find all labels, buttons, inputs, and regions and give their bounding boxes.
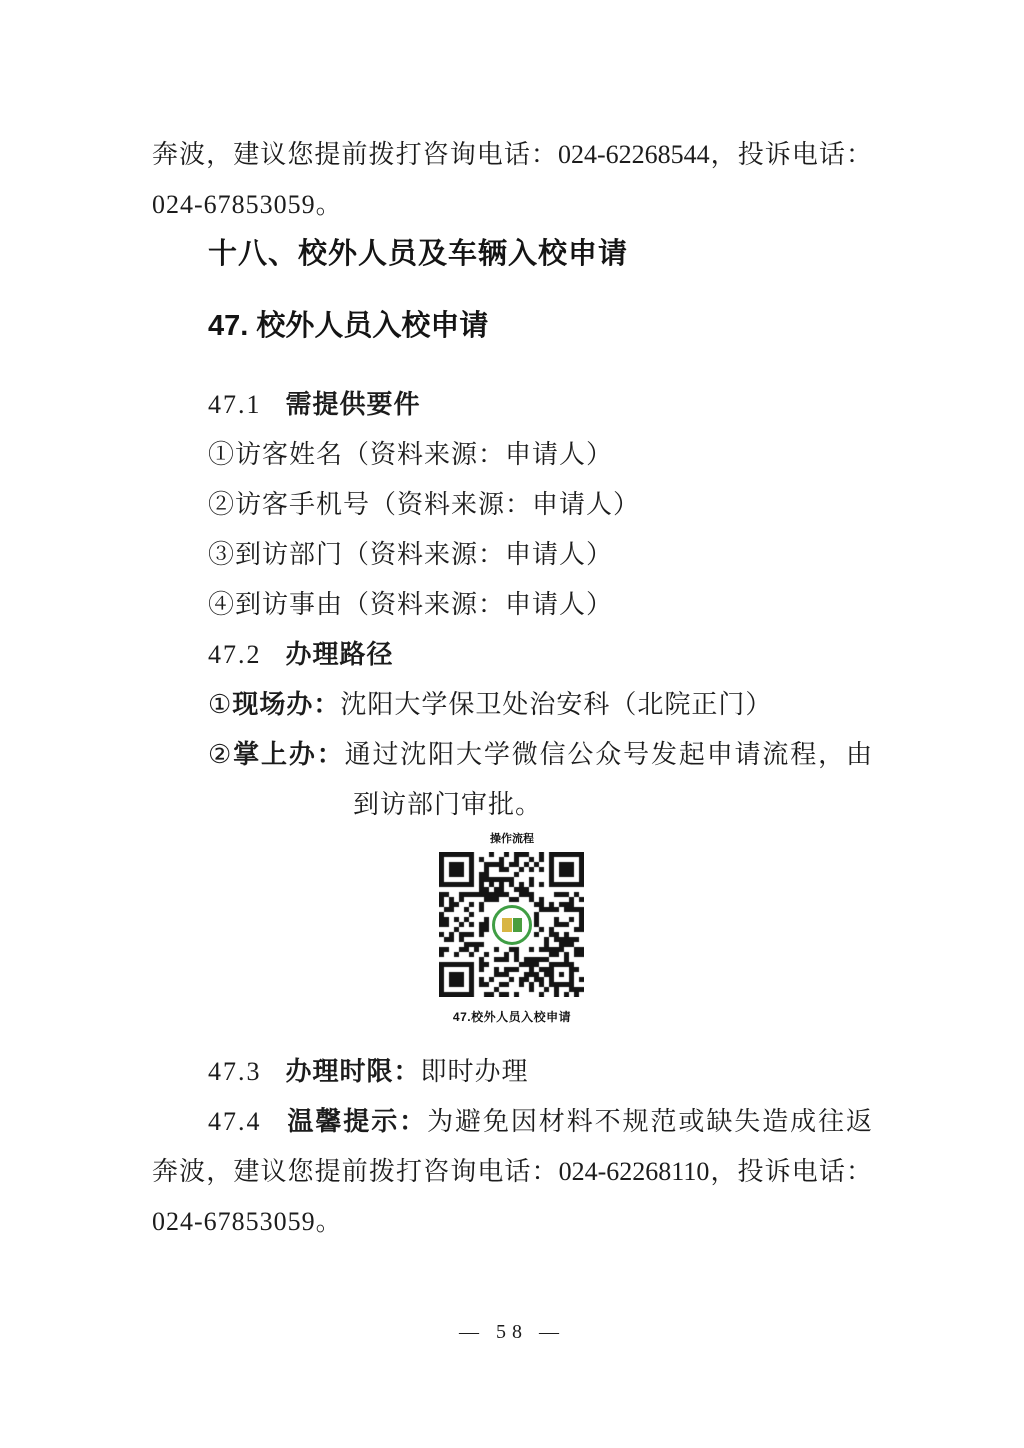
path-text-continuation: 到访部门审批。 [353, 780, 872, 830]
subsection-number: 47.1 [208, 390, 262, 419]
field-label: 办理时限： [286, 1057, 421, 1086]
list-marker: ① [208, 690, 232, 719]
field-label: 温馨提示： [286, 1107, 428, 1136]
list-marker: ② [208, 740, 233, 769]
subsection-number: 47.3 [208, 1057, 262, 1086]
path-item-mobile: ②掌上办：通过沈阳大学微信公众号发起申请流程，由 [208, 730, 872, 780]
requirement-item: ①访客姓名（资料来源：申请人） [208, 430, 872, 480]
document-page: 奔波，建议您提前拨打咨询电话：024-62268544，投诉电话： 024-67… [0, 0, 1024, 1448]
path-text: 通过沈阳大学微信公众号发起申请流程，由 [345, 740, 872, 769]
path-label: 现场办： [232, 690, 340, 719]
path-text: 沈阳大学保卫处治安科（北院正门） [340, 690, 772, 719]
chapter-heading: 十八、校外人员及车辆入校申请 [208, 230, 872, 278]
subsection-number: 47.2 [208, 640, 262, 669]
page-number: — 58 — [0, 1318, 1024, 1346]
tip-text: 为避免因材料不规范或缺失造成往返 [427, 1107, 872, 1136]
path-item-onsite: ①现场办：沈阳大学保卫处治安科（北院正门） [208, 680, 872, 730]
subsection-471-heading: 47.1需提供要件 [208, 380, 872, 430]
requirement-item: ④到访事由（资料来源：申请人） [208, 580, 872, 630]
subsection-title: 办理路径 [286, 640, 394, 669]
intro-line-1: 奔波，建议您提前拨打咨询电话：024-62268544，投诉电话： [152, 130, 872, 180]
subsection-474-line-2: 奔波，建议您提前拨打咨询电话：024-62268110，投诉电话： [152, 1147, 872, 1197]
subsection-472-heading: 47.2办理路径 [208, 630, 872, 680]
section-heading: 47. 校外人员入校申请 [208, 302, 872, 350]
qr-section: 操作流程 47.校外人员入校申请 [152, 830, 872, 1027]
qr-code-container [439, 852, 585, 998]
qr-top-label: 操作流程 [152, 830, 872, 848]
open-book-icon [502, 918, 522, 932]
qr-caption: 47.校外人员入校申请 [152, 1007, 872, 1027]
requirement-item: ②访客手机号（资料来源：申请人） [208, 480, 872, 530]
qr-center-logo [492, 905, 532, 945]
requirement-item: ③到访部门（资料来源：申请人） [208, 530, 872, 580]
subsection-474-line-3: 024-67853059。 [152, 1197, 872, 1247]
subsection-474-line-1: 47.4温馨提示：为避免因材料不规范或缺失造成往返 [208, 1097, 872, 1147]
path-label: 掌上办： [233, 740, 344, 769]
subsection-number: 47.4 [208, 1107, 262, 1136]
intro-line-2: 024-67853059。 [152, 180, 872, 230]
subsection-473-line: 47.3办理时限：即时办理 [208, 1047, 872, 1097]
field-value: 即时办理 [421, 1057, 529, 1086]
subsection-title: 需提供要件 [286, 390, 421, 419]
